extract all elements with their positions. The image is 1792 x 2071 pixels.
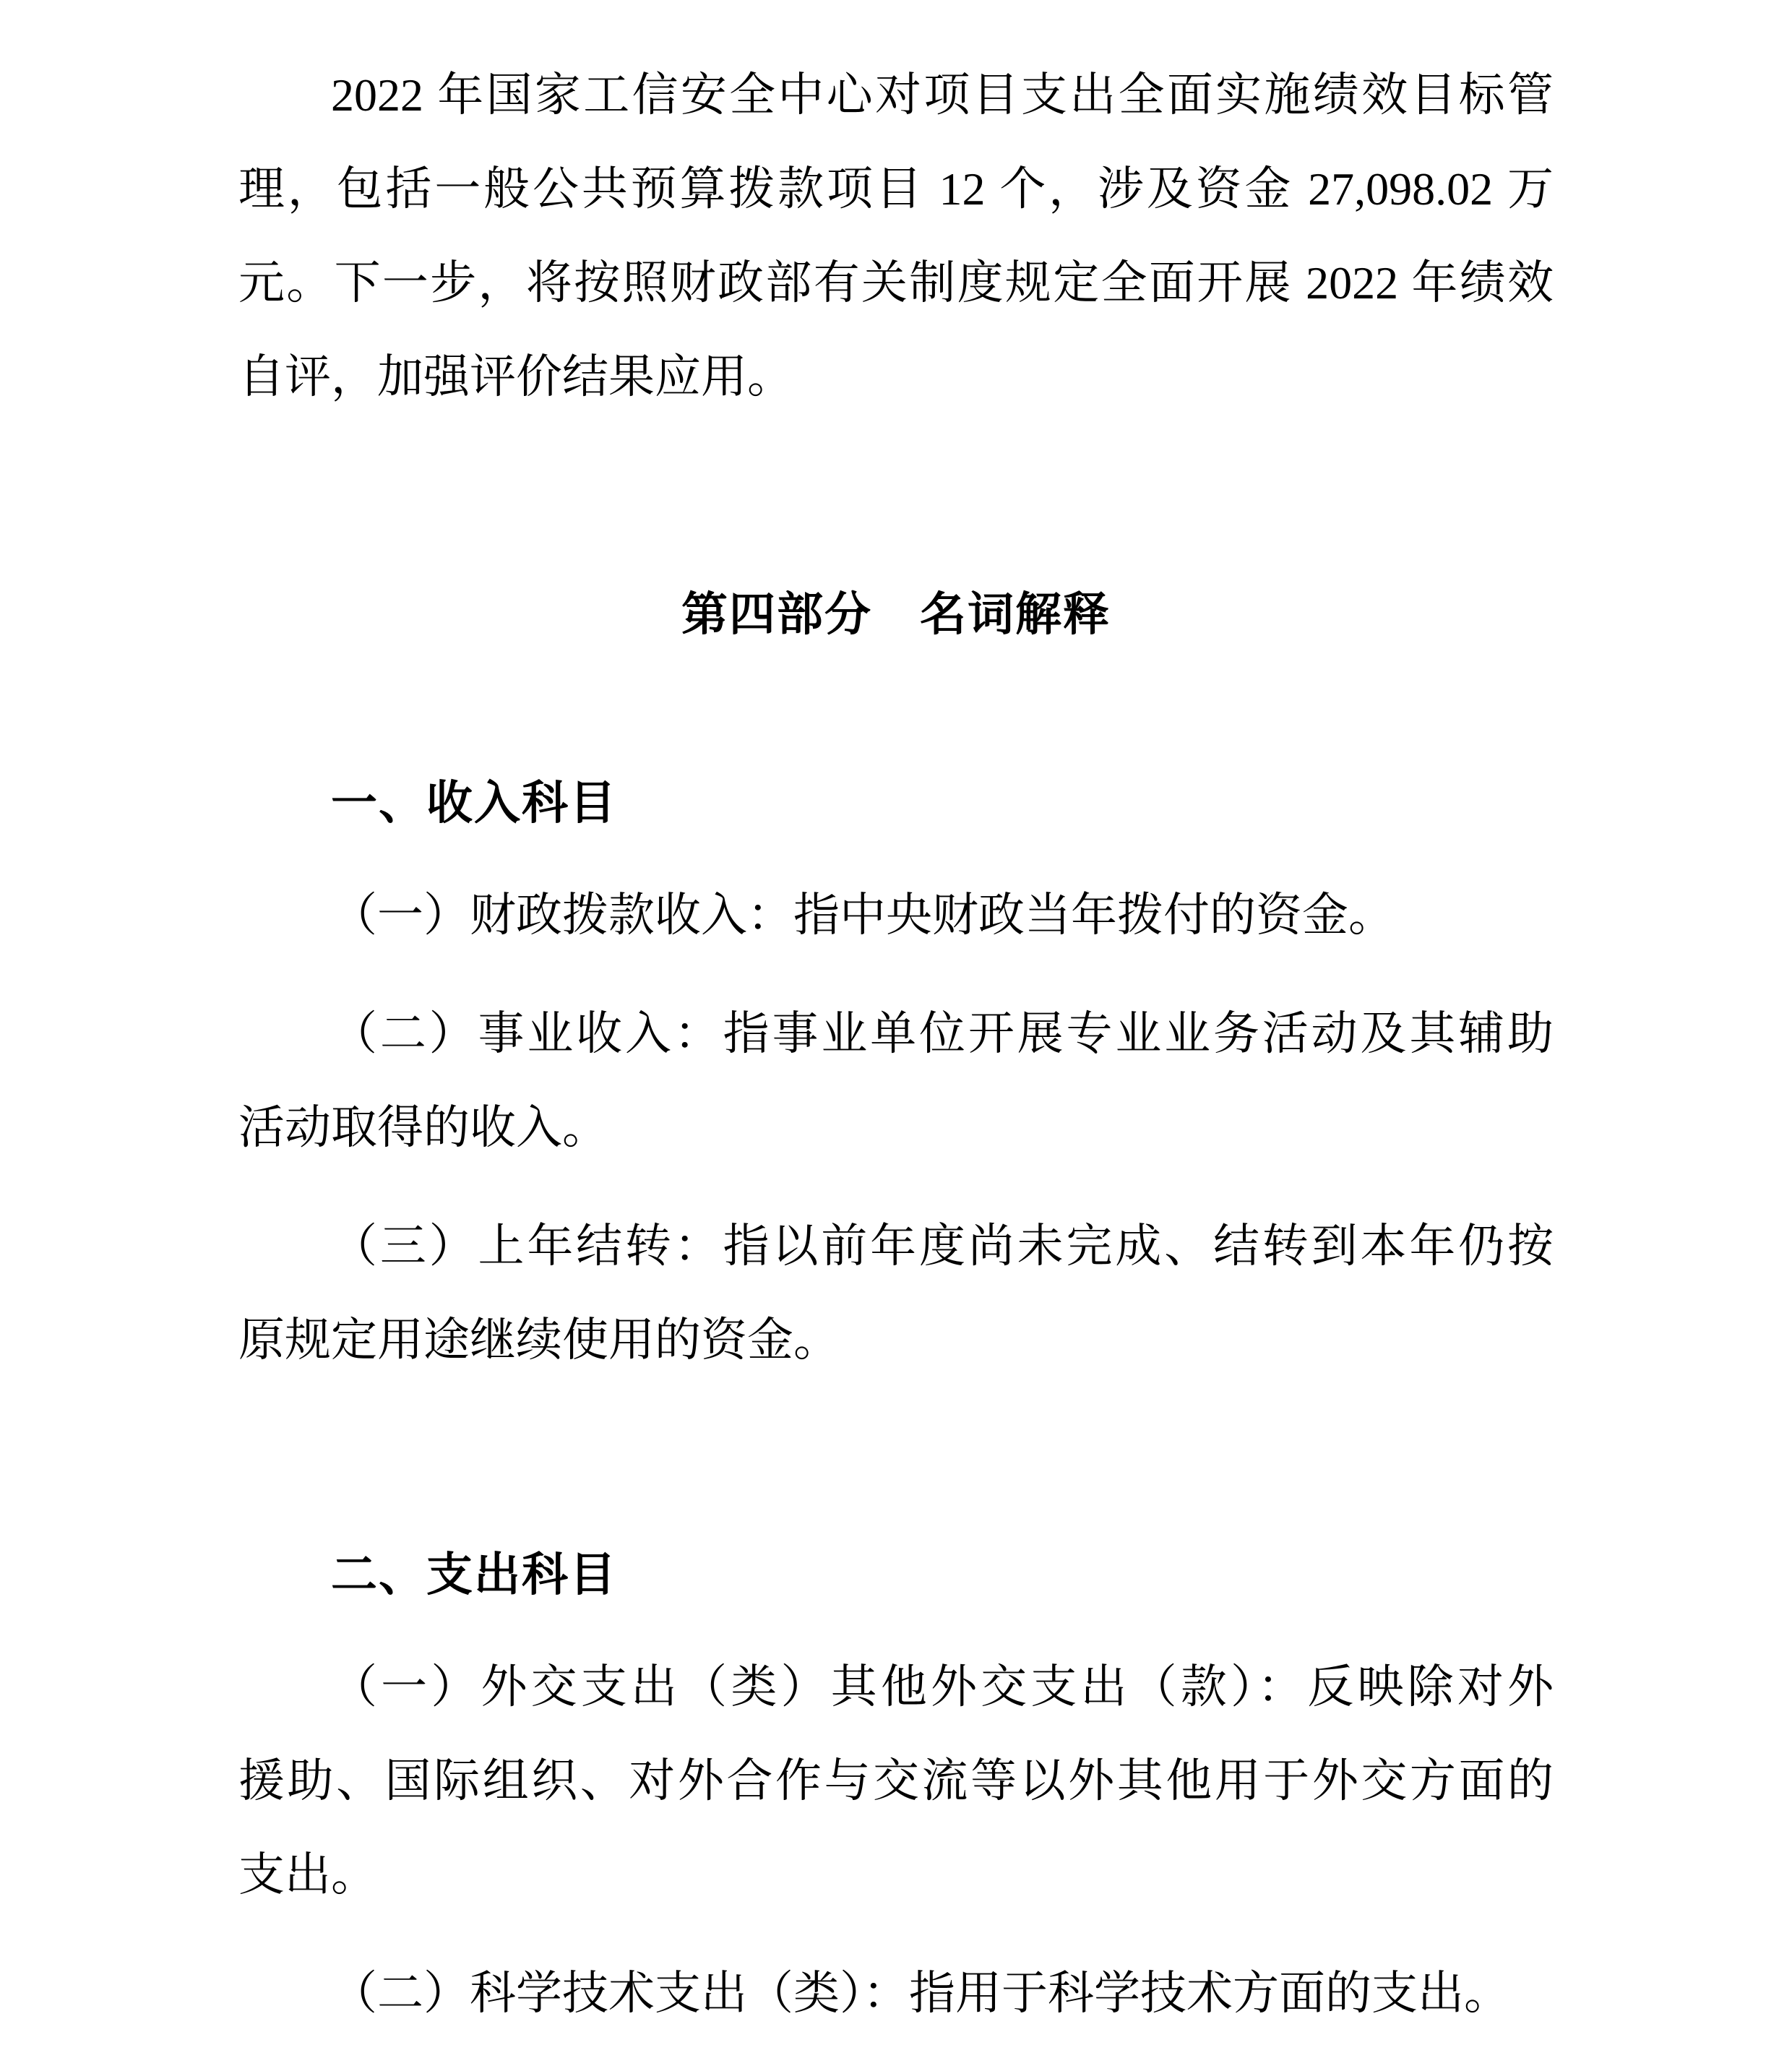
paragraph-line: （一）财政拨款收入：指中央财政当年拨付的资金。	[238, 869, 1554, 963]
paragraph-line: 自评，加强评价结果应用。	[238, 330, 1554, 424]
paragraph-line: 活动取得的收入。	[238, 1081, 1554, 1175]
paragraph-line: （三）上年结转：指以前年度尚未完成、结转到本年仍按	[238, 1200, 1554, 1293]
paragraph-line: 援助、国际组织、对外合作与交流等以外其他用于外交方面的	[238, 1734, 1554, 1828]
paragraph-line: 原规定用途继续使用的资金。	[238, 1293, 1554, 1387]
paragraph: （一）财政拨款收入：指中央财政当年拨付的资金。	[238, 869, 1554, 963]
paragraph: （一）外交支出（类）其他外交支出（款）：反映除对外援助、国际组织、对外合作与交流…	[238, 1640, 1554, 1922]
paragraph-line: （二）科学技术支出（类）：指用于科学技术方面的支出。	[238, 1947, 1554, 2041]
paragraph: 2022 年国家工信安全中心对项目支出全面实施绩效目标管理，包括一般公共预算拨款…	[238, 48, 1554, 424]
paragraph-line: （一）外交支出（类）其他外交支出（款）：反映除对外	[238, 1640, 1554, 1734]
section-heading: 一、收入科目	[238, 756, 1554, 850]
part-heading: 第四部分 名词解释	[238, 567, 1554, 661]
paragraph: （二）科学技术支出（类）：指用于科学技术方面的支出。	[238, 1947, 1554, 2041]
paragraph: （三）上年结转：指以前年度尚未完成、结转到本年仍按原规定用途继续使用的资金。	[238, 1200, 1554, 1387]
document-page: 2022 年国家工信安全中心对项目支出全面实施绩效目标管理，包括一般公共预算拨款…	[0, 0, 1792, 2071]
paragraph-line: 2022 年国家工信安全中心对项目支出全面实施绩效目标管	[238, 48, 1554, 142]
section-heading: 二、支出科目	[238, 1528, 1554, 1622]
document-body: 2022 年国家工信安全中心对项目支出全面实施绩效目标管理，包括一般公共预算拨款…	[238, 48, 1554, 2041]
paragraph-line: 元。下一步，将按照财政部有关制度规定全面开展 2022 年绩效	[238, 236, 1554, 330]
paragraph-line: 支出。	[238, 1828, 1554, 1922]
paragraph: （二）事业收入：指事业单位开展专业业务活动及其辅助活动取得的收入。	[238, 987, 1554, 1175]
paragraph-line: 理，包括一般公共预算拨款项目 12 个，涉及资金 27,098.02 万	[238, 142, 1554, 236]
paragraph-line: （二）事业收入：指事业单位开展专业业务活动及其辅助	[238, 987, 1554, 1081]
